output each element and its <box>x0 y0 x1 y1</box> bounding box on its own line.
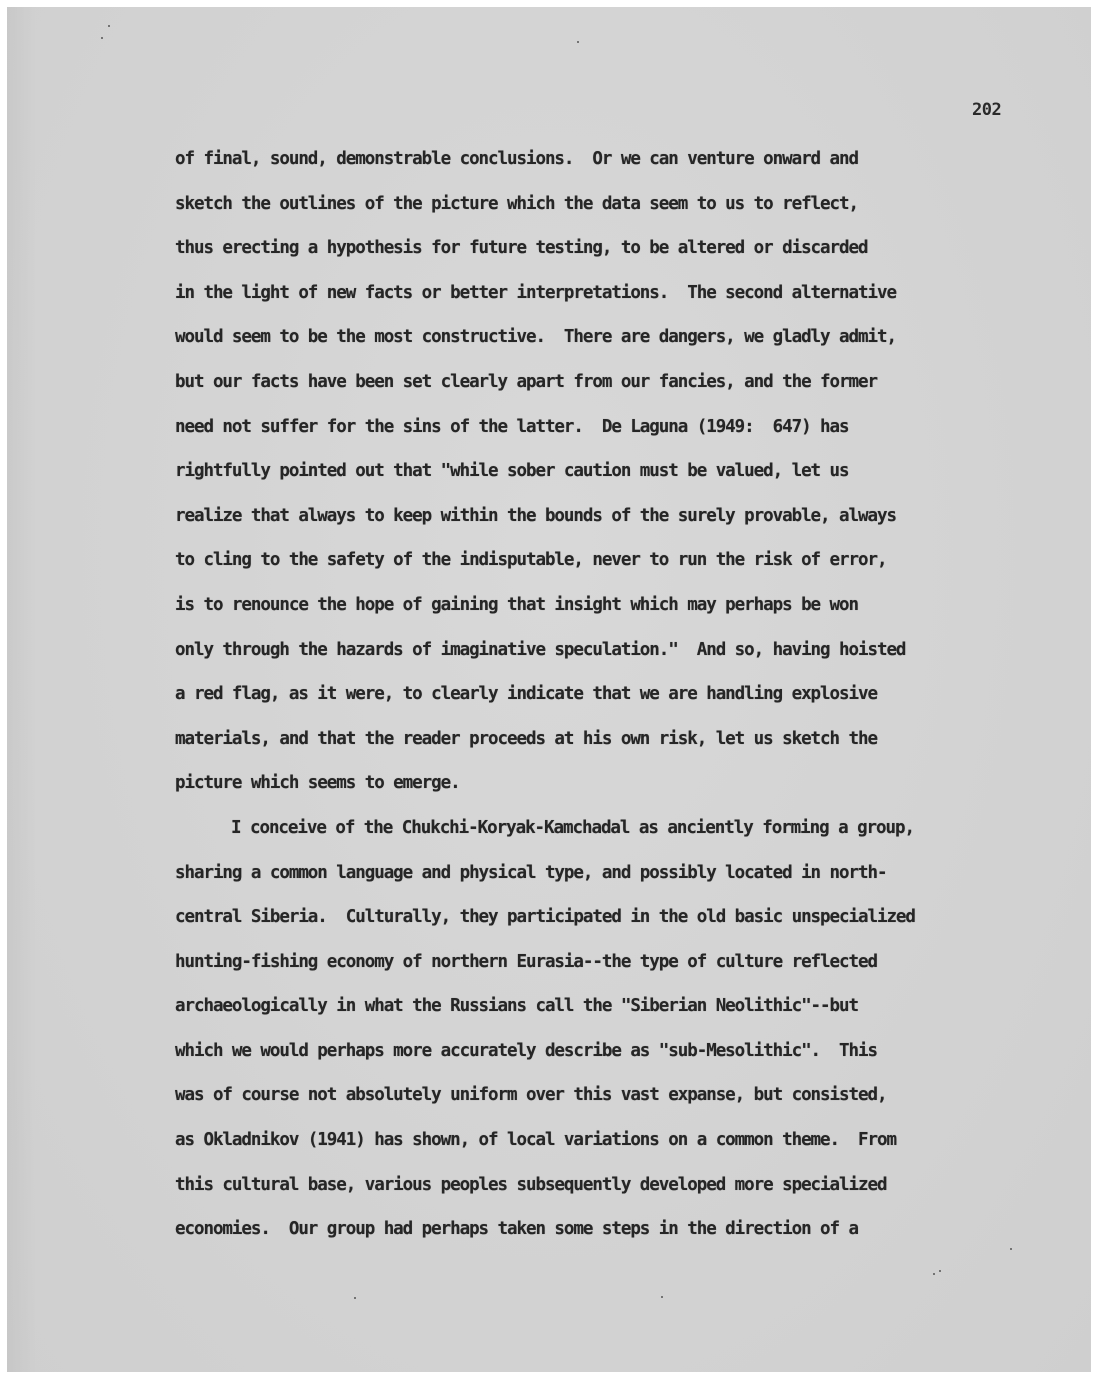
text-line: thus erecting a hypothesis for future te… <box>175 226 1055 271</box>
text-line: rightfully pointed out that "while sober… <box>175 449 1055 494</box>
text-line: this cultural base, various peoples subs… <box>175 1163 1055 1208</box>
text-line: a red flag, as it were, to clearly indic… <box>175 672 1055 717</box>
scan-speck <box>101 37 103 39</box>
page-number: 202 <box>972 100 1001 120</box>
text-line: sketch the outlines of the picture which… <box>175 182 1055 227</box>
text-line: central Siberia. Culturally, they partic… <box>175 895 1055 940</box>
scan-speck <box>933 1273 935 1275</box>
paragraph-1: of final, sound, demonstrable conclusion… <box>175 137 1055 806</box>
text-line: would seem to be the most constructive. … <box>175 315 1055 360</box>
text-line: realize that always to keep within the b… <box>175 494 1055 539</box>
text-line-indented: I conceive of the Chukchi-Koryak-Kamchad… <box>175 806 1055 851</box>
scan-speck <box>354 1297 356 1299</box>
scan-speck <box>1010 1248 1012 1250</box>
text-line: but our facts have been set clearly apar… <box>175 360 1055 405</box>
text-line: which we would perhaps more accurately d… <box>175 1029 1055 1074</box>
text-line: to cling to the safety of the indisputab… <box>175 538 1055 583</box>
text-line: was of course not absolutely uniform ove… <box>175 1073 1055 1118</box>
text-line: only through the hazards of imaginative … <box>175 628 1055 673</box>
scan-speck <box>939 1270 941 1272</box>
text-line: sharing a common language and physical t… <box>175 851 1055 896</box>
scan-speck <box>661 1296 663 1298</box>
scanned-page: 202 of final, sound, demonstrable conclu… <box>7 7 1091 1372</box>
text-line: of final, sound, demonstrable conclusion… <box>175 137 1055 182</box>
scan-speck <box>108 25 110 27</box>
text-line: archaeologically in what the Russians ca… <box>175 984 1055 1029</box>
body-text: of final, sound, demonstrable conclusion… <box>175 137 1055 1252</box>
text-line: hunting-fishing economy of northern Eura… <box>175 940 1055 985</box>
text-line: need not suffer for the sins of the latt… <box>175 405 1055 450</box>
text-line: picture which seems to emerge. <box>175 761 1055 806</box>
text-line: in the light of new facts or better inte… <box>175 271 1055 316</box>
text-line: economies. Our group had perhaps taken s… <box>175 1207 1055 1252</box>
text-line: as Okladnikov (1941) has shown, of local… <box>175 1118 1055 1163</box>
text-line: is to renounce the hope of gaining that … <box>175 583 1055 628</box>
paragraph-2: I conceive of the Chukchi-Koryak-Kamchad… <box>175 806 1055 1252</box>
scan-speck <box>577 41 579 43</box>
text-line: materials, and that the reader proceeds … <box>175 717 1055 762</box>
